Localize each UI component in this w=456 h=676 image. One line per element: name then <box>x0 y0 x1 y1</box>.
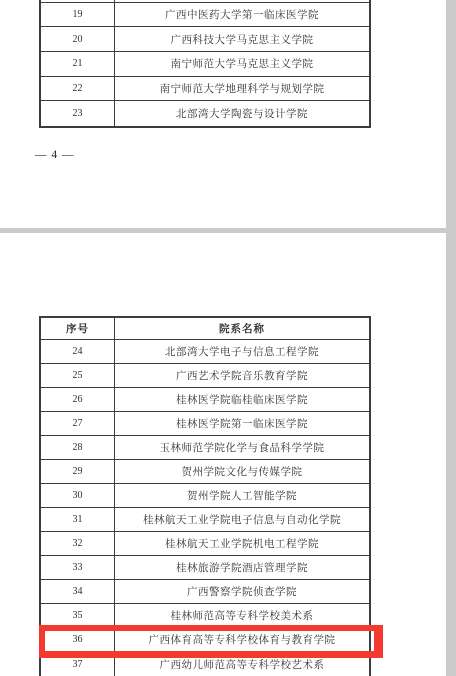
table-row: 34 广西警察学院侦查学院 <box>41 580 369 604</box>
row-number-cell: 30 <box>41 484 115 507</box>
table-row: 19 广西中医药大学第一临床医学院 <box>41 3 369 28</box>
row-name-cell: 玉林师范学院化学与食品科学学院 <box>115 436 369 459</box>
row-name-cell: 桂林旅游学院酒店管理学院 <box>115 556 369 579</box>
document-page-4: 19 广西中医药大学第一临床医学院 20 广西科技大学马克思主义学院 21 南宁… <box>0 0 446 228</box>
row-name-cell: 广西科技大学马克思主义学院 <box>115 27 369 51</box>
table-row: 26 桂林医学院临桂临床医学院 <box>41 388 369 412</box>
row-name-cell <box>115 0 369 2</box>
row-number-cell: 32 <box>41 532 115 555</box>
row-name-cell: 贺州学院文化与传媒学院 <box>115 460 369 483</box>
row-number-cell: 22 <box>41 77 115 101</box>
table-row: 35 桂林师范高等专科学校美术系 <box>41 604 369 628</box>
row-number-cell <box>41 0 115 2</box>
scrollbar-track[interactable] <box>446 0 456 676</box>
row-name-cell: 北部湾大学陶瓷与设计学院 <box>115 101 369 126</box>
row-name-cell: 桂林医学院第一临床医学院 <box>115 412 369 435</box>
table-row: 23 北部湾大学陶瓷与设计学院 <box>41 101 369 126</box>
row-name-cell: 桂林师范高等专科学校美术系 <box>115 604 369 627</box>
row-number-cell: 21 <box>41 52 115 76</box>
table-page-4: 19 广西中医药大学第一临床医学院 20 广西科技大学马克思主义学院 21 南宁… <box>39 0 371 128</box>
row-name-cell: 贺州学院人工智能学院 <box>115 484 369 507</box>
row-name-cell: 广西中医药大学第一临床医学院 <box>115 3 369 27</box>
row-name-cell: 桂林航天工业学院机电工程学院 <box>115 532 369 555</box>
row-number-cell: 26 <box>41 388 115 411</box>
row-name-cell: 广西警察学院侦查学院 <box>115 580 369 603</box>
table-page-5: 序号 院系名称 24 北部湾大学电子与信息工程学院 25 广西艺术学院音乐教育学… <box>39 316 371 676</box>
row-number-cell: 28 <box>41 436 115 459</box>
row-name-cell: 桂林医学院临桂临床医学院 <box>115 388 369 411</box>
table-row: 32 桂林航天工业学院机电工程学院 <box>41 532 369 556</box>
table-header-row: 序号 院系名称 <box>41 318 369 340</box>
table-row: 31 桂林航天工业学院电子信息与自动化学院 <box>41 508 369 532</box>
row-number-cell: 27 <box>41 412 115 435</box>
table-row: 33 桂林旅游学院酒店管理学院 <box>41 556 369 580</box>
page-number: — 4 — <box>35 149 75 161</box>
table-row: 20 广西科技大学马克思主义学院 <box>41 27 369 52</box>
table-row: 30 贺州学院人工智能学院 <box>41 484 369 508</box>
table-row: 27 桂林医学院第一临床医学院 <box>41 412 369 436</box>
row-number-cell: 23 <box>41 101 115 126</box>
row-number-cell: 37 <box>41 652 115 676</box>
row-name-cell: 南宁师范大学地理科学与规划学院 <box>115 77 369 101</box>
row-number-cell: 20 <box>41 27 115 51</box>
row-number-cell: 19 <box>41 3 115 27</box>
table-row: 25 广西艺术学院音乐教育学院 <box>41 364 369 388</box>
row-number-cell: 29 <box>41 460 115 483</box>
row-name-cell: 广西艺术学院音乐教育学院 <box>115 364 369 387</box>
document-viewer: 19 广西中医药大学第一临床医学院 20 广西科技大学马克思主义学院 21 南宁… <box>0 0 456 676</box>
row-name-cell: 桂林航天工业学院电子信息与自动化学院 <box>115 508 369 531</box>
row-number-cell: 35 <box>41 604 115 627</box>
row-name-cell: 广西体育高等专科学校体育与教育学院 <box>115 628 369 651</box>
table-row: 28 玉林师范学院化学与食品科学学院 <box>41 436 369 460</box>
table-row: 21 南宁师范大学马克思主义学院 <box>41 52 369 77</box>
row-name-cell: 南宁师范大学马克思主义学院 <box>115 52 369 76</box>
header-name-cell: 院系名称 <box>115 318 369 339</box>
row-name-cell: 北部湾大学电子与信息工程学院 <box>115 340 369 363</box>
row-number-cell: 24 <box>41 340 115 363</box>
table-row: 24 北部湾大学电子与信息工程学院 <box>41 340 369 364</box>
row-number-cell: 36 <box>41 628 115 651</box>
document-page-5: 序号 院系名称 24 北部湾大学电子与信息工程学院 25 广西艺术学院音乐教育学… <box>0 233 446 676</box>
row-number-cell: 34 <box>41 580 115 603</box>
table-row: 22 南宁师范大学地理科学与规划学院 <box>41 77 369 102</box>
table-row-highlighted: 36 广西体育高等专科学校体育与教育学院 <box>41 628 369 652</box>
row-number-cell: 31 <box>41 508 115 531</box>
header-number-cell: 序号 <box>41 318 115 339</box>
table-row: 29 贺州学院文化与传媒学院 <box>41 460 369 484</box>
row-number-cell: 33 <box>41 556 115 579</box>
row-number-cell: 25 <box>41 364 115 387</box>
table-row: 37 广西幼儿师范高等专科学校艺术系 <box>41 652 369 676</box>
row-name-cell: 广西幼儿师范高等专科学校艺术系 <box>115 652 369 676</box>
